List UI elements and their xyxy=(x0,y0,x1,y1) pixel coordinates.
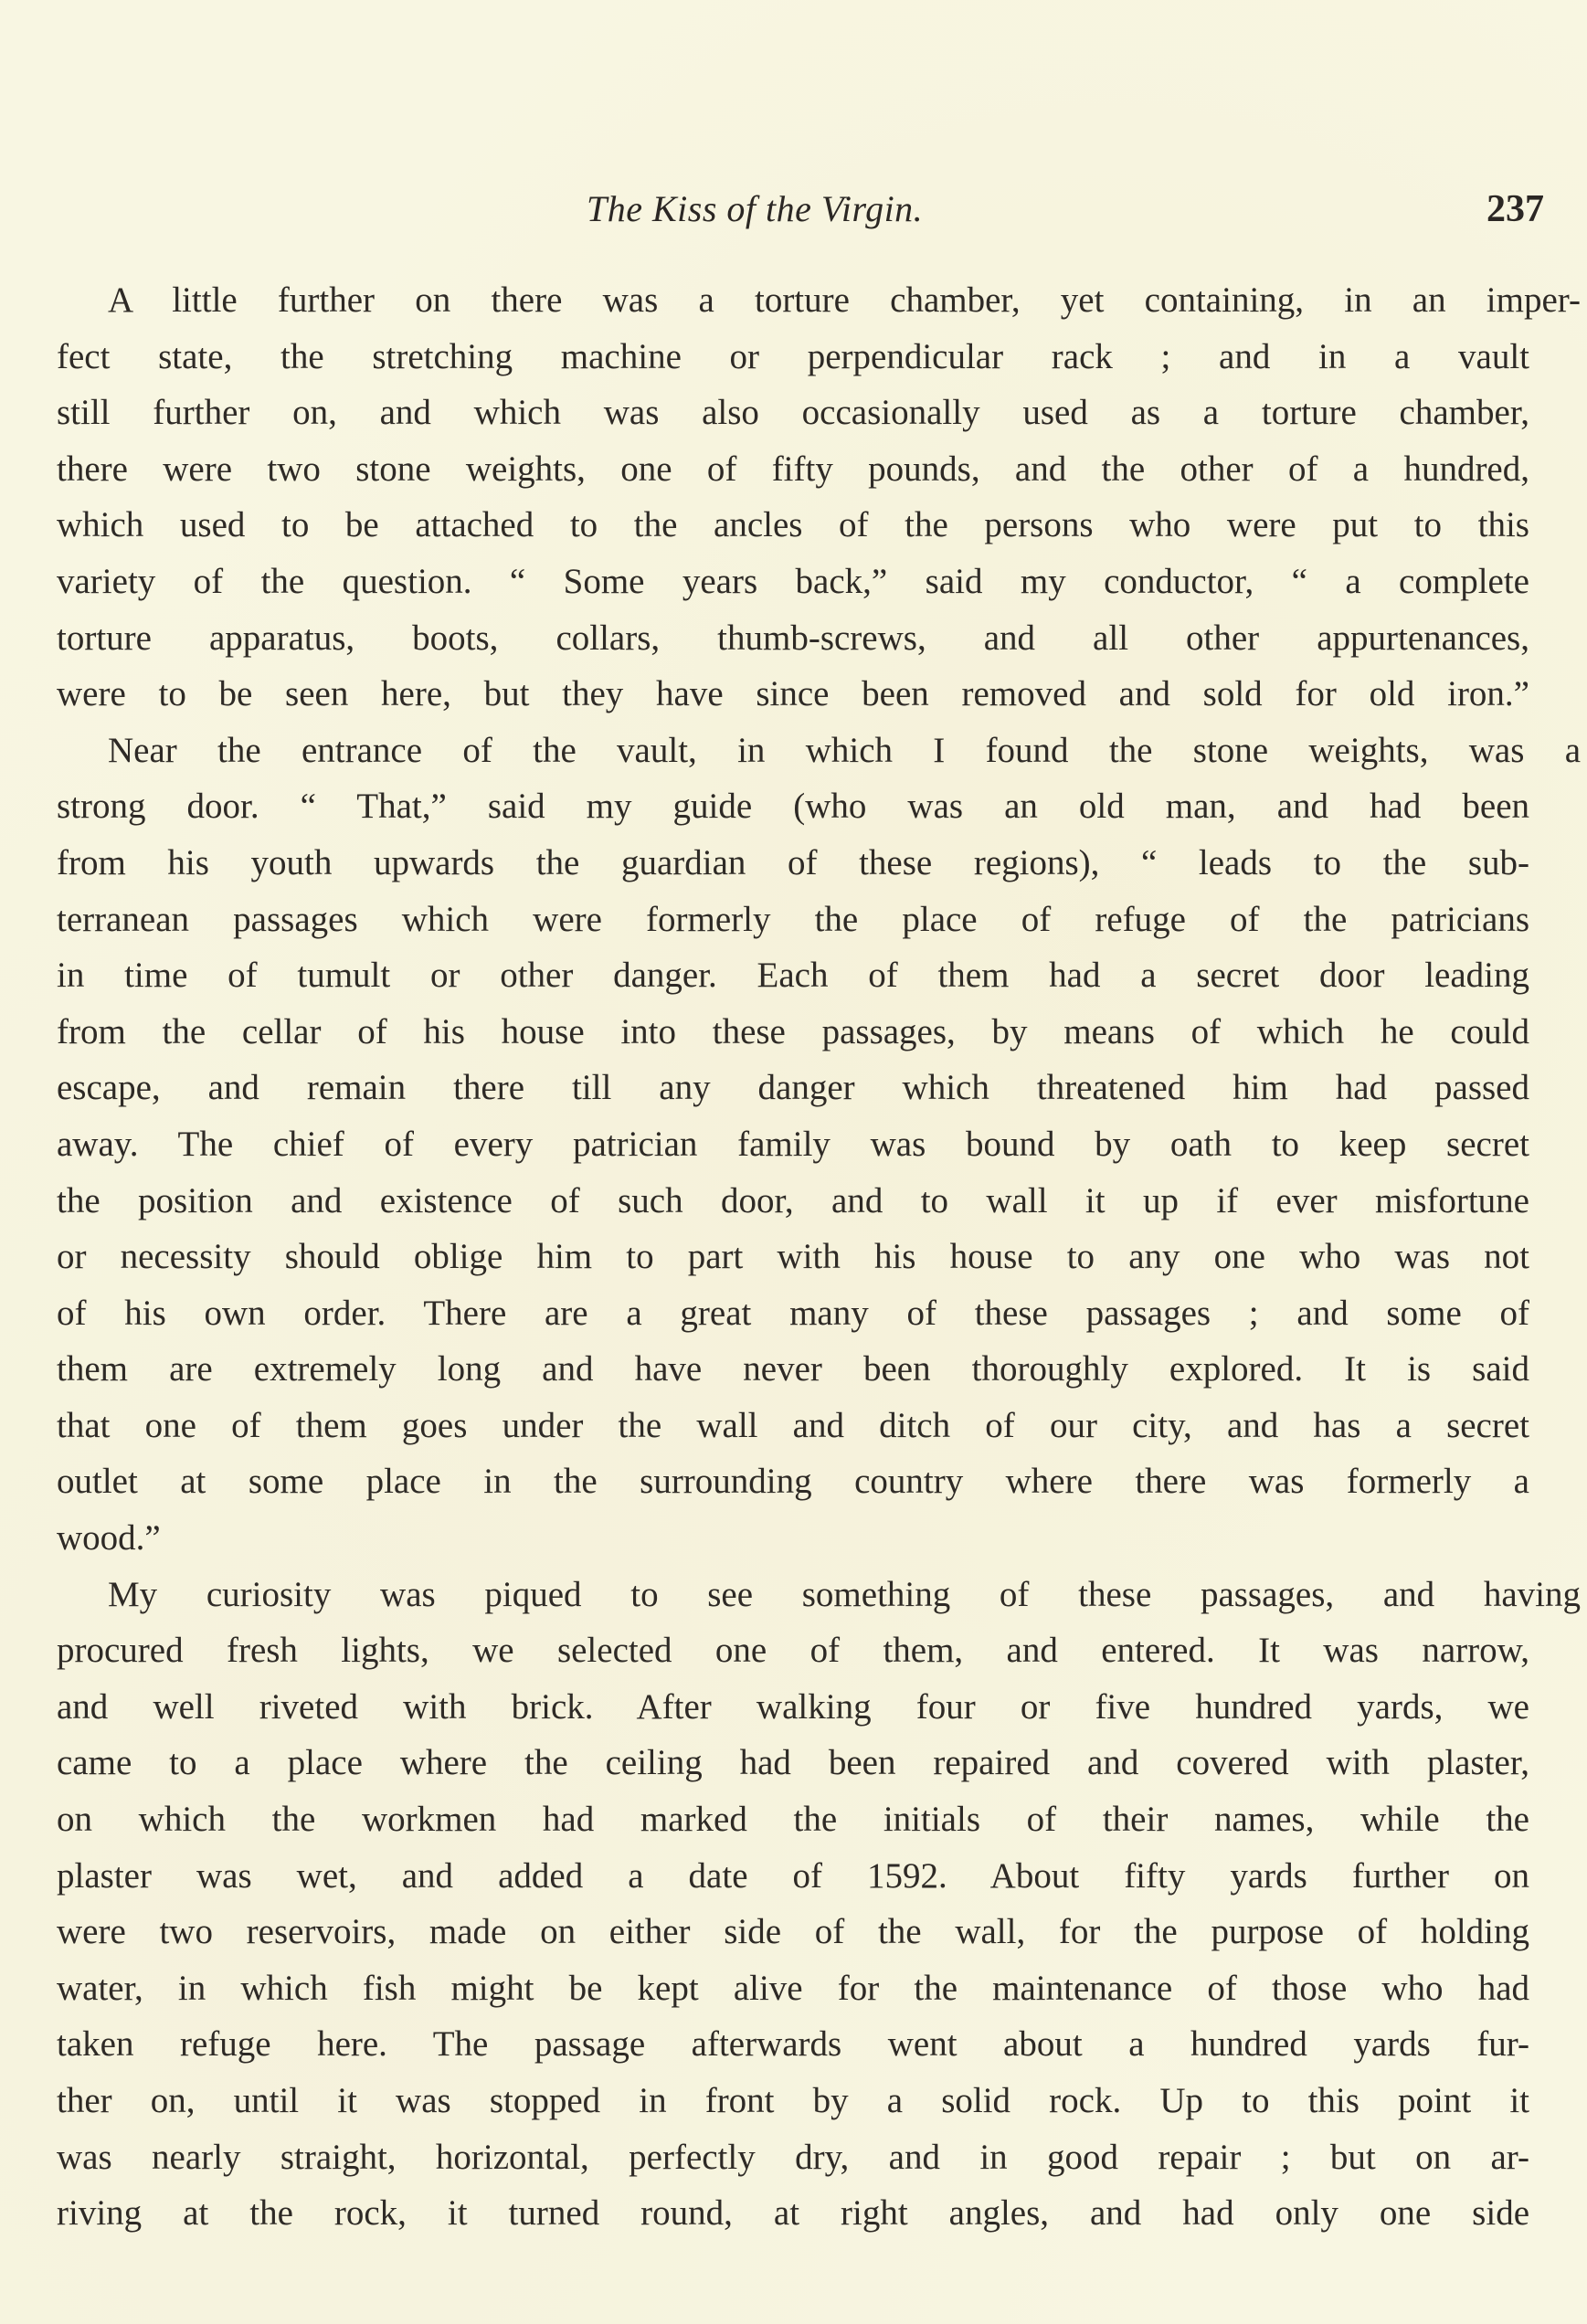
body-text: A little further on there was a torture … xyxy=(57,272,1540,2242)
text-line: variety of the question. “ Some years ba… xyxy=(57,554,1529,610)
text-line: torture apparatus, boots, collars, thumb… xyxy=(57,610,1529,667)
text-line: A little further on there was a torture … xyxy=(57,272,1581,329)
text-line: water, in which fish might be kept alive… xyxy=(57,1960,1529,2017)
text-line: the position and existence of such door,… xyxy=(57,1173,1529,1230)
text-line: were two reservoirs, made on either side… xyxy=(57,1904,1529,1960)
text-line: riving at the rock, it turned round, at … xyxy=(57,2185,1529,2242)
paragraph-3: My curiosity was piqued to see something… xyxy=(57,1567,1540,2242)
text-line: wood.” xyxy=(57,1510,1529,1567)
text-line: taken refuge here. The passage afterward… xyxy=(57,2016,1529,2073)
text-line: terranean passages which were formerly t… xyxy=(57,892,1529,948)
text-line: on which the workmen had marked the init… xyxy=(57,1791,1529,1848)
running-title: The Kiss of the Virgin. xyxy=(587,187,923,230)
text-line: in time of tumult or other danger. Each … xyxy=(57,947,1529,1004)
text-line: from his youth upwards the guardian of t… xyxy=(57,835,1529,892)
text-line: from the cellar of his house into these … xyxy=(57,1004,1529,1061)
text-line: that one of them goes under the wall and… xyxy=(57,1398,1529,1454)
running-head: The Kiss of the Virgin. 237 xyxy=(566,187,1544,242)
text-line: procured fresh lights, we selected one o… xyxy=(57,1622,1529,1679)
text-line: came to a place where the ceiling had be… xyxy=(57,1735,1529,1791)
text-line: plaster was wet, and added a date of 159… xyxy=(57,1848,1529,1905)
text-line: strong door. “ That,” said my guide (who… xyxy=(57,778,1529,835)
text-line: away. The chief of every patrician famil… xyxy=(57,1116,1529,1173)
text-line: escape, and remain there till any danger… xyxy=(57,1060,1529,1116)
text-line: and well riveted with brick. After walki… xyxy=(57,1679,1529,1736)
text-line: was nearly straight, horizontal, perfect… xyxy=(57,2129,1529,2186)
text-line: them are extremely long and have never b… xyxy=(57,1341,1529,1398)
text-line: there were two stone weights, one of fif… xyxy=(57,441,1529,498)
paragraph-2: Near the entrance of the vault, in which… xyxy=(57,723,1540,1567)
text-line: still further on, and which was also occ… xyxy=(57,385,1529,441)
text-line: outlet at some place in the surrounding … xyxy=(57,1453,1529,1510)
text-line: were to be seen here, but they have sinc… xyxy=(57,666,1529,723)
text-line: ther on, until it was stopped in front b… xyxy=(57,2073,1529,2129)
book-page: The Kiss of the Virgin. 237 A little fur… xyxy=(0,0,1587,2324)
text-line: fect state, the stretching machine or pe… xyxy=(57,329,1529,386)
text-line: of his own order. There are a great many… xyxy=(57,1285,1529,1342)
page-number: 237 xyxy=(1486,187,1544,231)
text-line: which used to be attached to the ancles … xyxy=(57,497,1529,554)
text-line: or necessity should oblige him to part w… xyxy=(57,1229,1529,1285)
text-line: My curiosity was piqued to see something… xyxy=(57,1567,1581,1623)
text-line: Near the entrance of the vault, in which… xyxy=(57,723,1581,779)
paragraph-1: A little further on there was a torture … xyxy=(57,272,1540,723)
